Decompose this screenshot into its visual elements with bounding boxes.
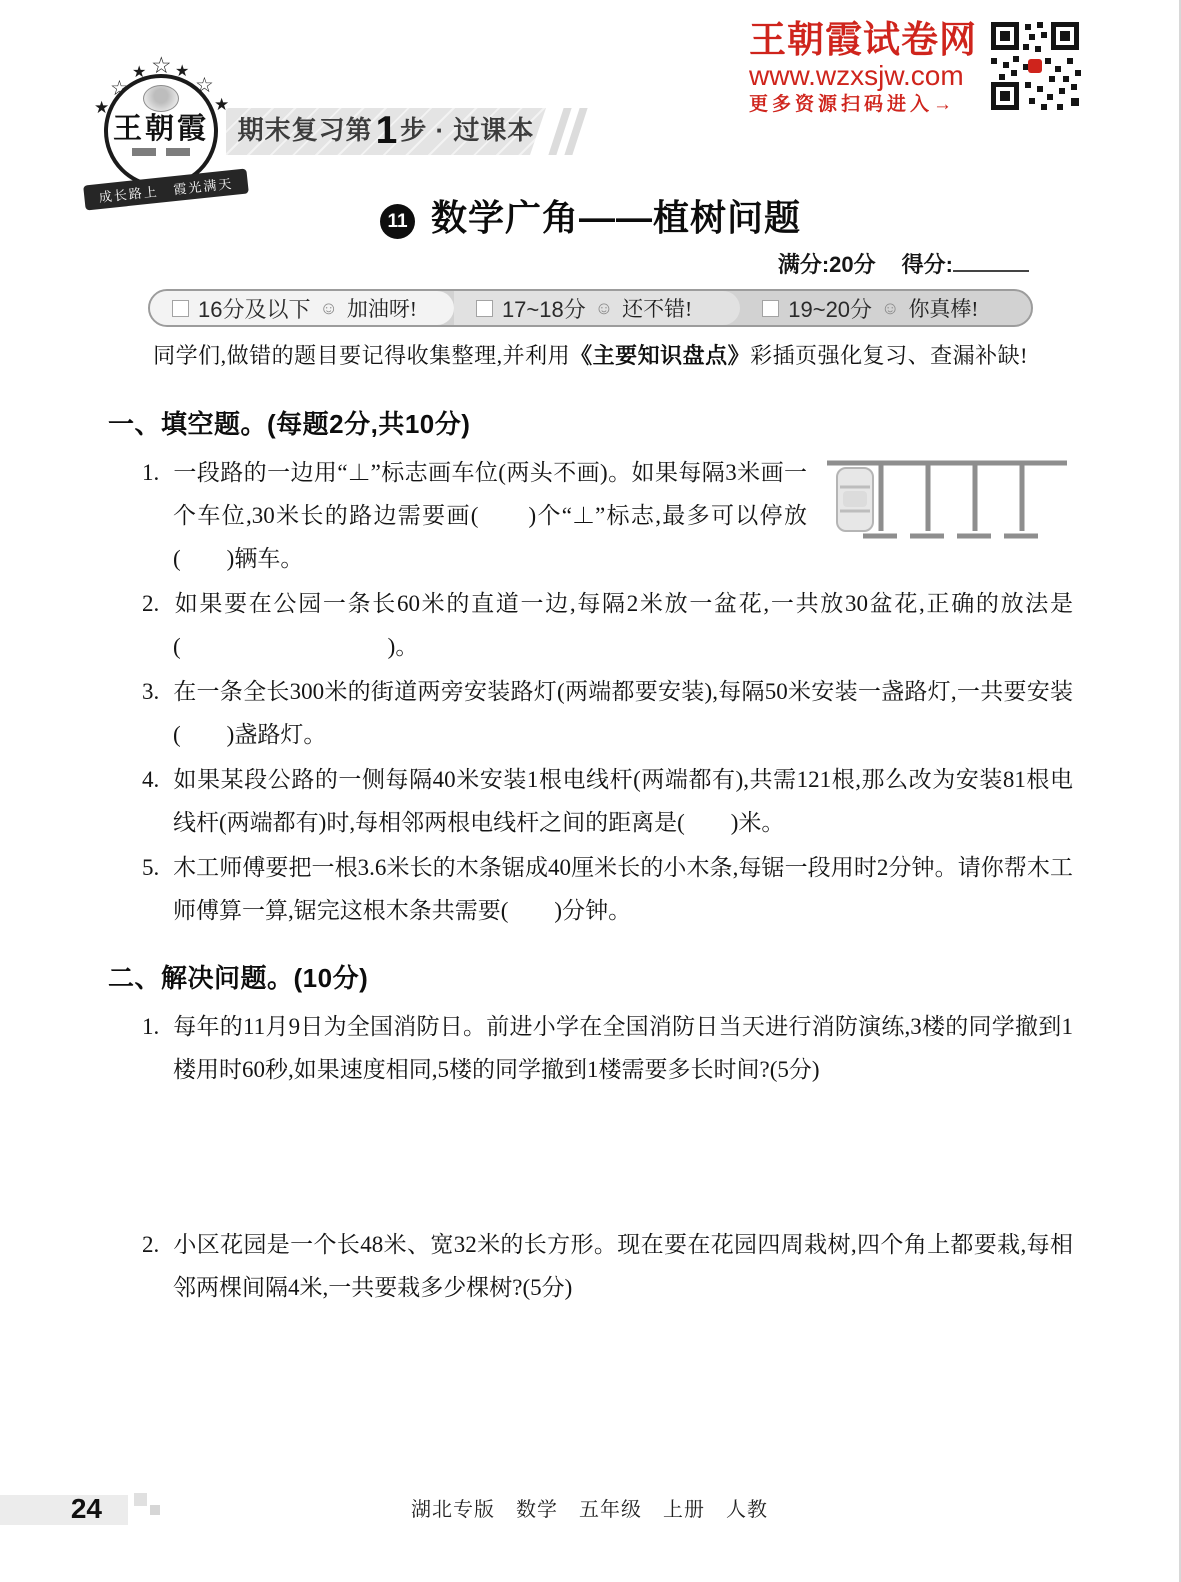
badge-circle: 王朝霞 — [104, 74, 218, 188]
footer-meta: 湖北专版 数学 五年级 上册 人教 — [0, 1493, 1179, 1527]
page-title: 11 数学广角——植树问题 — [108, 190, 1073, 236]
banner-step-number: 1 — [373, 109, 401, 152]
decorative-square — [150, 1505, 160, 1515]
section2-heading: 二、解决问题。(10分) — [108, 958, 1073, 995]
site-url: www.wzxsjw.com — [749, 60, 977, 92]
header-banner: 期末复习第1步 · 过课本 — [226, 108, 546, 155]
question-s1-1: 1.一段路的一边用“⊥”标志画车位(两头不画)。如果每隔3米画一个车位,30米长… — [108, 451, 1073, 580]
badge-seal-icons — [108, 148, 214, 156]
question-number: 1. — [142, 1005, 173, 1048]
question-s1-3: 3.在一条全长300米的街道两旁安装路灯(两端都要安装),每隔50米安装一盏路灯… — [108, 670, 1073, 756]
decorative-square — [134, 1493, 147, 1506]
brand-badge: 王朝霞 成长路上 霞光满天 — [96, 58, 232, 198]
lesson-number-badge: 11 — [380, 204, 415, 239]
question-text: 如果某段公路的一侧每隔40米安装1根电线杆(两端都有),共需121根,那么改为安… — [173, 767, 1073, 835]
review-notice: 同学们,做错的题目要记得收集整理,并利用《主要知识盘点》彩插页强化复习、查漏补缺… — [108, 339, 1073, 370]
page-title-text: 数学广角——植树问题 — [431, 197, 801, 238]
portrait-icon — [143, 85, 179, 112]
parking-diagram — [821, 451, 1073, 553]
banner-suffix: 步 · 过课本 — [400, 115, 534, 145]
question-number: 2. — [142, 582, 173, 625]
site-brand-text: 王朝霞试卷网 www.wzxsjw.com 更多资源扫码进入→ — [749, 20, 977, 118]
site-name: 王朝霞试卷网 — [749, 20, 977, 60]
banner-prefix: 期末复习第 — [238, 115, 373, 145]
question-number: 2. — [142, 1223, 173, 1266]
rating-praise: 你真棒! — [908, 293, 978, 323]
question-s1-2: 2.如果要在公园一条长60米的直道一边,每隔2米放一盆花,一共放30盆花,正确的… — [108, 582, 1073, 668]
question-s2-2: 2.小区花园是一个长48米、宽32米的长方形。现在要在花园四周栽树,四个角上都要… — [108, 1223, 1073, 1309]
question-text: 一段路的一边用“⊥”标志画车位(两头不画)。如果每隔3米画一个车位,30米长的路… — [173, 460, 807, 571]
smiley-icon — [319, 299, 337, 317]
section1-heading: 一、填空题。(每题2分,共10分) — [108, 404, 1073, 441]
checkbox-19-20[interactable] — [762, 300, 779, 317]
notice-highlight: 《主要知识盘点》 — [570, 343, 750, 368]
page-number-block: 24 — [0, 1495, 128, 1525]
rating-range: 16分及以下 — [198, 293, 310, 324]
question-number: 3. — [142, 670, 173, 713]
rating-segment-high: 19~20分 你真棒! — [740, 291, 1031, 325]
qr-code-icon — [989, 20, 1081, 112]
page-number: 24 — [71, 1493, 102, 1525]
rating-praise: 还不错! — [622, 293, 692, 323]
worksheet-page: 王朝霞试卷网 www.wzxsjw.com 更多资源扫码进入→ — [0, 0, 1181, 1582]
answer-workspace — [108, 1093, 1073, 1223]
question-text: 每年的11月9日为全国消防日。前进小学在全国消防日当天进行消防演练,3楼的同学撤… — [173, 1014, 1073, 1082]
score-label: 得分: — [902, 252, 953, 277]
rating-range: 17~18分 — [502, 293, 586, 324]
question-number: 1. — [142, 451, 173, 494]
notice-prefix: 同学们,做错的题目要记得收集整理,并利用 — [153, 343, 570, 368]
score-line: 满分:20分得分: — [108, 248, 1073, 279]
car-icon — [837, 468, 873, 531]
notice-suffix: 彩插页强化复习、查漏补缺! — [750, 343, 1028, 368]
rating-segment-low: 16分及以下 加油呀! — [150, 291, 454, 325]
badge-name: 王朝霞 — [108, 112, 214, 146]
smiley-icon — [595, 299, 613, 317]
rating-segment-mid: 17~18分 还不错! — [454, 291, 740, 325]
question-s1-5: 5.木工师傅要把一根3.6米长的木条锯成40厘米长的小木条,每锯一段用时2分钟。… — [108, 846, 1073, 932]
full-score-label: 满分:20分 — [778, 252, 876, 277]
score-rating-bar: 16分及以下 加油呀! 17~18分 还不错! 19~20分 你真棒! — [148, 289, 1033, 327]
page-footer: 24 湖北专版 数学 五年级 上册 人教 — [0, 1493, 1179, 1527]
question-s1-4: 4.如果某段公路的一侧每隔40米安装1根电线杆(两端都有),共需121根,那么改… — [108, 758, 1073, 844]
question-number: 5. — [142, 846, 173, 889]
site-brand: 王朝霞试卷网 www.wzxsjw.com 更多资源扫码进入→ — [749, 20, 1081, 118]
question-s2-1: 1.每年的11月9日为全国消防日。前进小学在全国消防日当天进行消防演练,3楼的同… — [108, 1005, 1073, 1091]
rating-praise: 加油呀! — [347, 293, 417, 323]
question-text: 木工师傅要把一根3.6米长的木条锯成40厘米长的小木条,每锯一段用时2分钟。请你… — [173, 855, 1073, 923]
question-text: 小区花园是一个长48米、宽32米的长方形。现在要在花园四周栽树,四个角上都要栽,… — [173, 1232, 1073, 1300]
question-text: 在一条全长300米的街道两旁安装路灯(两端都要安装),每隔50米安装一盏路灯,一… — [173, 679, 1073, 747]
checkbox-17-18[interactable] — [476, 300, 493, 317]
smiley-icon — [881, 299, 899, 317]
question-text: 如果要在公园一条长60米的直道一边,每隔2米放一盆花,一共放30盆花,正确的放法… — [173, 591, 1073, 659]
checkbox-16-and-below[interactable] — [172, 300, 189, 317]
question-number: 4. — [142, 758, 173, 801]
rating-range: 19~20分 — [788, 293, 872, 324]
site-tagline: 更多资源扫码进入→ — [749, 92, 977, 118]
score-blank[interactable] — [953, 252, 1029, 272]
